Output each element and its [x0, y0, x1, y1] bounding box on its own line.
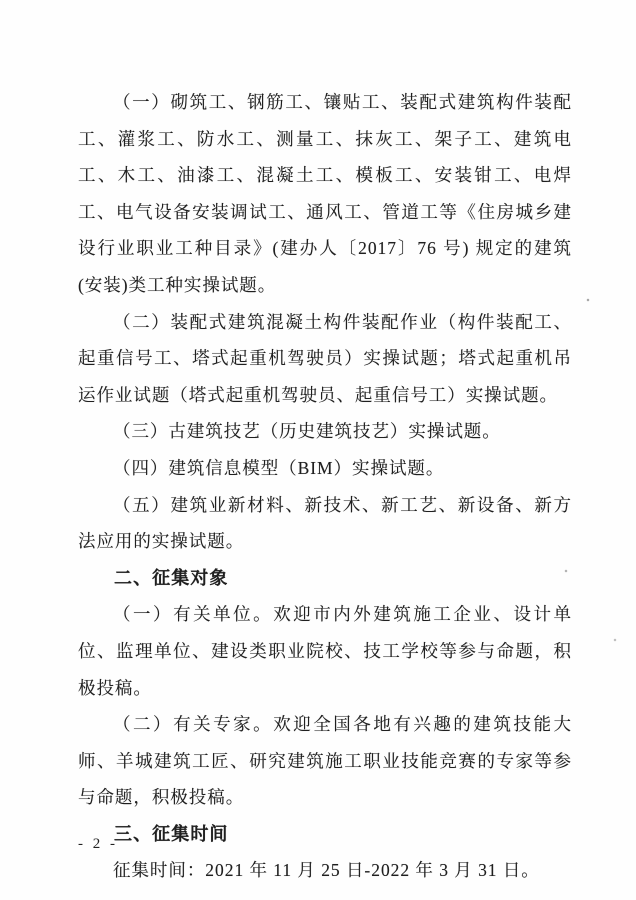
paragraph-collection-period: 征集时间：2021 年 11 月 25 日-2022 年 3 月 31 日。	[78, 852, 572, 889]
paragraph-new-tech: （五）建筑业新材料、新技术、新工艺、新设备、新方法应用的实操试题。	[78, 487, 572, 560]
paragraph-ancient-craft: （三）古建筑技艺（历史建筑技艺）实操试题。	[78, 413, 572, 450]
page-number: - 2 -	[78, 836, 118, 853]
paragraph-related-units: （一）有关单位。欢迎市内外建筑施工企业、设计单位、监理单位、建设类职业院校、技工…	[78, 596, 572, 706]
document-page: （一）砌筑工、钢筋工、镶贴工、装配式建筑构件装配工、灌浆工、防水工、测量工、抹灰…	[0, 0, 636, 900]
section-heading-time: 三、征集时间	[78, 816, 572, 853]
paragraph-bim: （四）建筑信息模型（BIM）实操试题。	[78, 450, 572, 487]
document-body: （一）砌筑工、钢筋工、镶贴工、装配式建筑构件装配工、灌浆工、防水工、测量工、抹灰…	[78, 84, 572, 889]
paragraph-prefab-crane: （二）装配式建筑混凝土构件装配作业（构件装配工、起重信号工、塔式起重机驾驶员）实…	[78, 304, 572, 414]
paragraph-trades-list: （一）砌筑工、钢筋工、镶贴工、装配式建筑构件装配工、灌浆工、防水工、测量工、抹灰…	[78, 84, 572, 304]
section-heading-targets: 二、征集对象	[78, 560, 572, 597]
paragraph-related-experts: （二）有关专家。欢迎全国各地有兴趣的建筑技能大师、羊城建筑工匠、研究建筑施工职业…	[78, 706, 572, 816]
